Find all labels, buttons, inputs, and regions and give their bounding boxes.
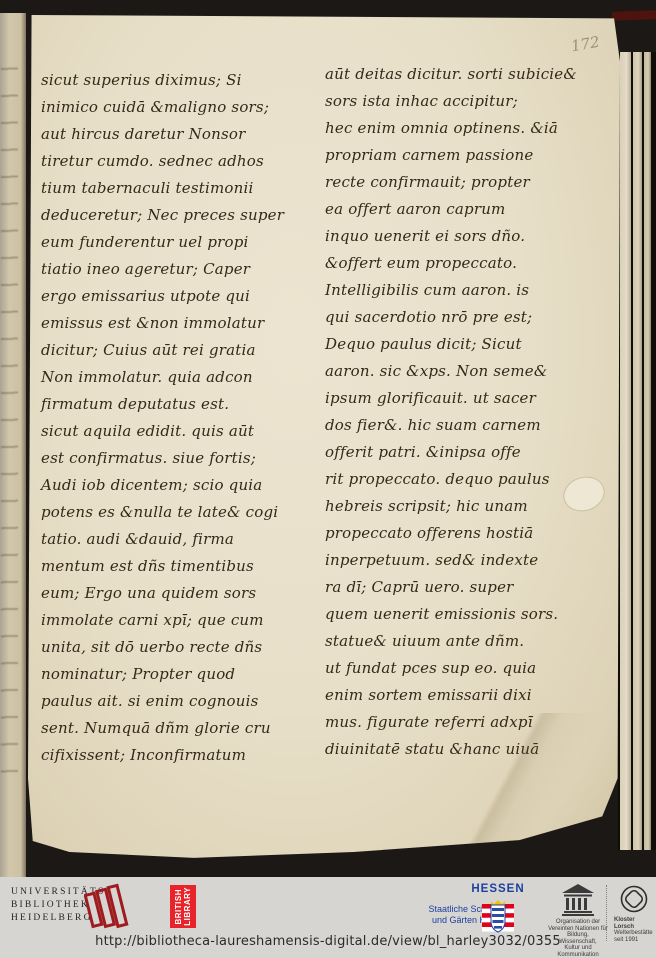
manuscript-line: Non immolatur. quia adcon [41,364,319,391]
hessen-wordmark: HESSEN [468,883,528,895]
manuscript-line: cifixissent; Inconfirmatum [41,742,319,769]
manuscript-line: tiretur cumdo. sednec adhos [41,148,319,175]
manuscript-line: Dequo paulus dicit; Sicut [325,331,615,358]
caption-line: Organisation der [548,919,608,926]
unesco-temple-icon [561,884,595,916]
manuscript-line: aūt deitas dicitur. sorti subicie& [325,61,615,88]
hessen-crest-icon [482,896,514,936]
manuscript-line: immolate carni xpī; que cum [41,607,319,634]
manuscript-line: sors ista inhac accipitur; [325,88,615,115]
manuscript-line: enim sortem emissarii dixi [325,682,615,709]
british-library-word: LIBRARY [183,887,192,926]
manuscript-line: sicut aquila edidit. quis aūt [41,418,319,445]
manuscript-line: ut fundat pces sup eo. quia [325,655,615,682]
page-edge-strip [633,52,642,850]
page-fold-crease [340,713,620,863]
manuscript-line: hec enim omnia optinens. &iā [325,115,615,142]
caption-line: Vereinten Nationen für [548,926,608,933]
footer-bar: UNIVERSITÄTS- BIBLIOTHEK HEIDELBERG BRIT… [0,877,656,958]
manuscript-line: eum; Ergo una quidem sors [41,580,319,607]
manuscript-line: ea offert aaron caprum [325,196,615,223]
manuscript-line: unita, sit dō uerbo recte dñs [41,634,319,661]
manuscript-line: aut hircus daretur Nonsor [41,121,319,148]
manuscript-line: qui sacerdotio nrō pre est; [325,304,615,331]
world-heritage-icon [619,884,649,914]
manuscript-line: aaron. sic &xps. Non seme& [325,358,615,385]
british-library-word: BRITISH [174,889,183,925]
page-edge-strip [644,52,651,850]
manuscript-line: firmatum deputatus est. [41,391,319,418]
manuscript-line: sicut superius diximus; Si [41,67,319,94]
page-edge-strip [620,52,631,850]
manuscript-line: nominatur; Propter quod [41,661,319,688]
text-column-left: sicut superius diximus; Siinimico cuidā … [41,67,319,769]
manuscript-line: sent. Numquā dñm glorie cru [41,715,319,742]
manuscript-line: ergo emissarius utpote qui [41,283,319,310]
manuscript-line: inquo uenerit ei sors dño. [325,223,615,250]
manuscript-line: mentum est dñs timentibus [41,553,319,580]
heidelberg-books-icon [84,882,130,932]
manuscript-line: tium tabernaculi testimonii [41,175,319,202]
manuscript-line: offerit patri. &inipsa offe [325,439,615,466]
manuscript-line: deduceretur; Nec preces super [41,202,319,229]
caption-line: Kloster Lorsch [614,917,656,930]
manuscript-line: ipsum glorificauit. ut sacer [325,385,615,412]
manuscript-line: statue& uiuum ante dñm. [325,628,615,655]
facing-page-edge [0,13,26,877]
facing-page-text-marks [1,53,18,773]
manuscript-line: Audi iob dicentem; scio quia [41,472,319,499]
manuscript-line: est confirmatus. siue fortis; [41,445,319,472]
british-library-logo: BRITISH LIBRARY [170,885,196,928]
manuscript-photo: 172 sicut superius diximus; Siinimico cu… [0,0,656,877]
source-url: http://bibliotheca-laureshamensis-digita… [0,934,656,949]
footer-divider [606,885,607,941]
fore-edge-page-stack [618,52,656,850]
manuscript-line: tatio. audi &dauid, firma [41,526,319,553]
manuscript-line: dos fier&. hic suam carnem [325,412,615,439]
text-column-right: aūt deitas dicitur. sorti subicie&sors i… [325,61,615,763]
manuscript-line: inperpetuum. sed& indexte [325,547,615,574]
binding-edge [612,10,656,21]
manuscript-line: eum funderentur uel propi [41,229,319,256]
manuscript-line: recte confirmauit; propter [325,169,615,196]
manuscript-line: paulus ait. si enim cognouis [41,688,319,715]
folio-number: 172 [570,33,601,56]
manuscript-line: potens es &nulla te late& cogi [41,499,319,526]
manuscript-line: emissus est &non immolatur [41,310,319,337]
manuscript-line: quem uenerit emissionis sors. [325,601,615,628]
manuscript-line: Intelligibilis cum aaron. is [325,277,615,304]
manuscript-line: dicitur; Cuius aūt rei gratia [41,337,319,364]
manuscript-line: propeccato offerens hostiā [325,520,615,547]
manuscript-line: ra dī; Caprū uero. super [325,574,615,601]
manuscript-line: tiatio ineo ageretur; Caper [41,256,319,283]
manuscript-line: &offert eum propeccato. [325,250,615,277]
manuscript-line: propriam carnem passione [325,142,615,169]
manuscript-line: inimico cuidā &maligno sors; [41,94,319,121]
digitized-manuscript-view: 172 sicut superius diximus; Siinimico cu… [0,0,656,958]
manuscript-page: 172 sicut superius diximus; Siinimico cu… [28,15,620,863]
